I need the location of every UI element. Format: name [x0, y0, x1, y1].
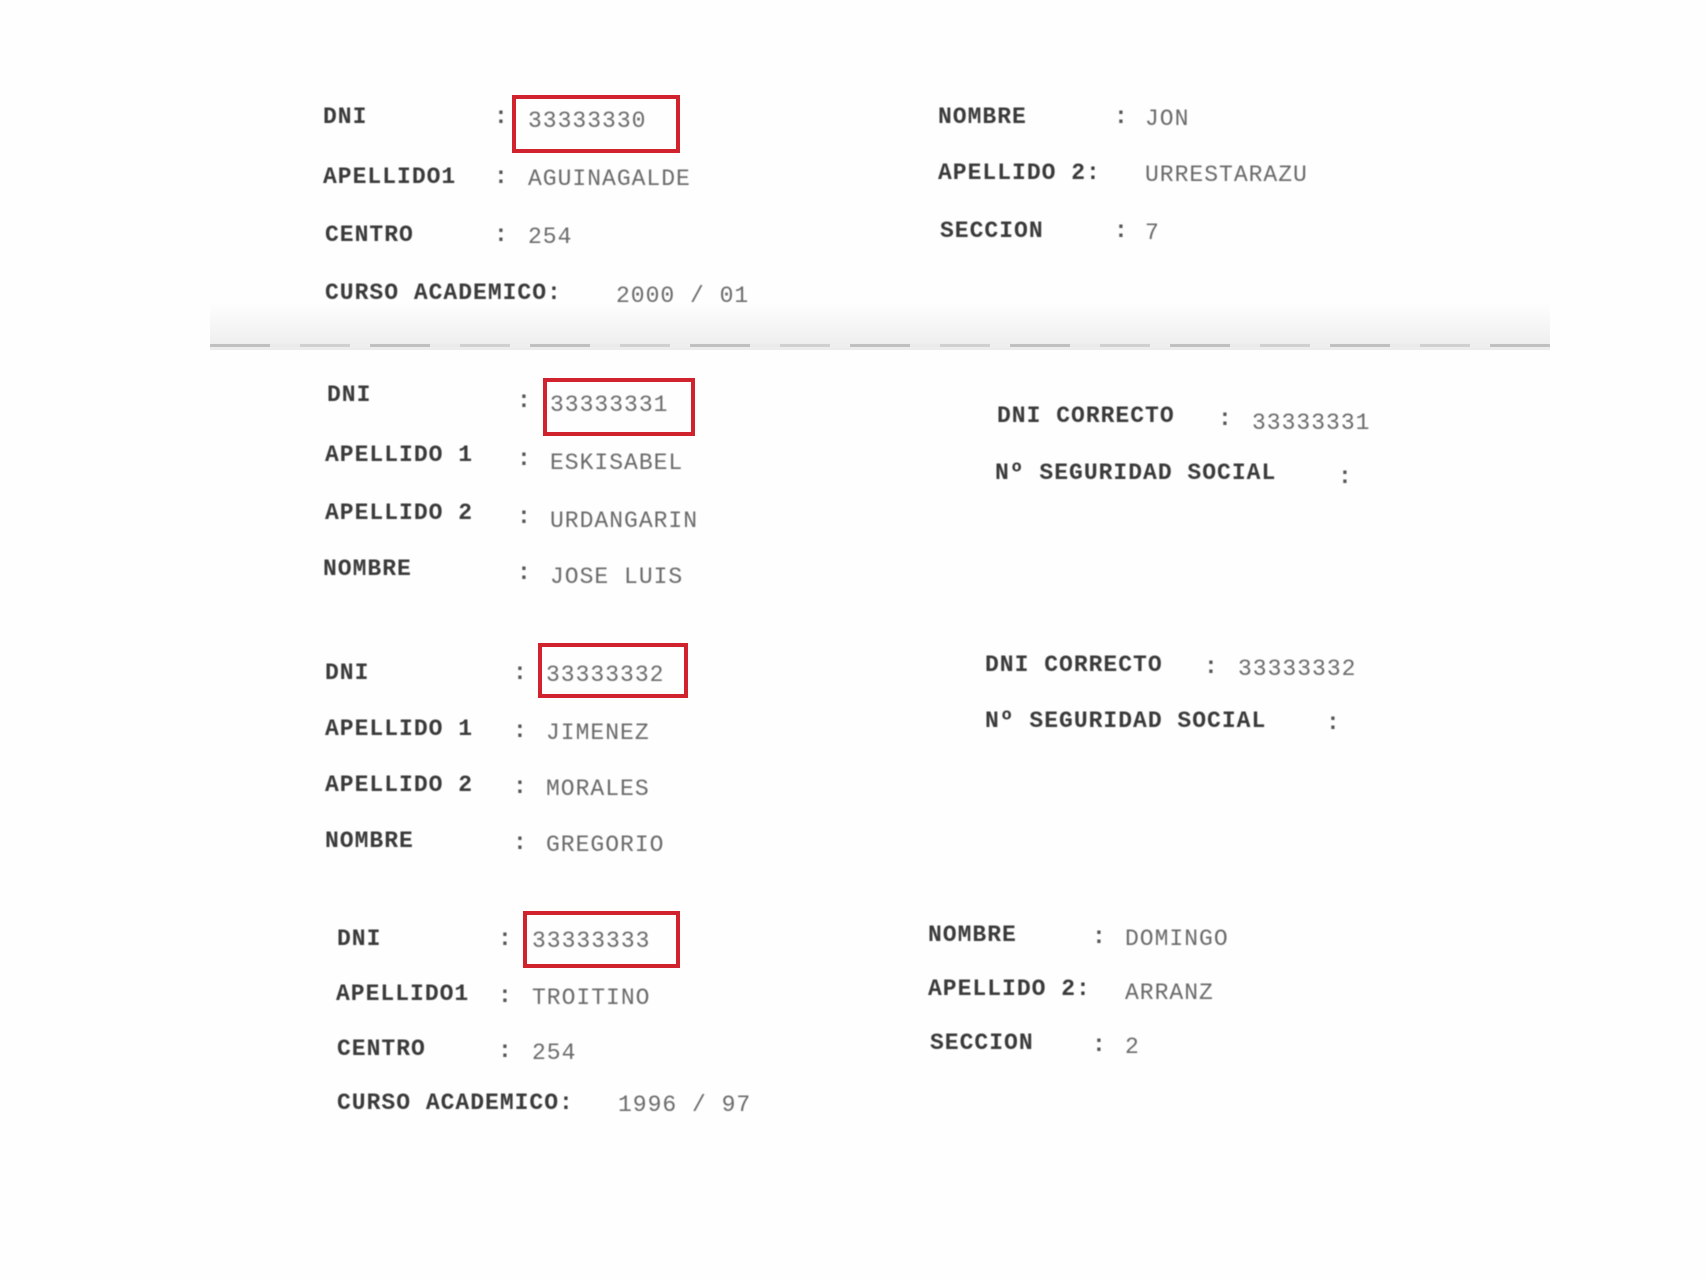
value-curso-academico: 1996 / 97 [618, 1092, 751, 1118]
label-seccion: SECCION [940, 218, 1044, 244]
label-centro: CENTRO [337, 1036, 426, 1062]
colon: : [1338, 464, 1353, 490]
colon: : [513, 830, 528, 856]
label-text: CURSO ACADEMICO [337, 1090, 559, 1116]
value-seccion: 2 [1125, 1034, 1140, 1060]
value-apellido1: AGUINAGALDE [528, 166, 691, 192]
label-dni: DNI [327, 382, 371, 408]
colon: : [517, 560, 532, 586]
colon: : [513, 718, 528, 744]
value-dni-correcto: 33333331 [1252, 410, 1370, 436]
colon: : [1114, 104, 1129, 130]
colon: : [1092, 1032, 1107, 1058]
value-apellido1: JIMENEZ [546, 720, 650, 746]
label-dni-correcto: DNI CORRECTO [985, 652, 1163, 678]
label-seccion: SECCION [930, 1030, 1034, 1056]
label-apellido1: APELLIDO1 [336, 981, 469, 1007]
label-apellido2: APELLIDO 2 [325, 500, 473, 526]
record-separator [210, 344, 1550, 347]
colon: : [498, 1038, 513, 1064]
colon: : [1326, 710, 1341, 736]
label-apellido2: APELLIDO 2 [325, 772, 473, 798]
label-apellido1: APELLIDO1 [323, 164, 456, 190]
value-apellido1: TROITINO [532, 985, 650, 1011]
label-apellido1: APELLIDO 1 [325, 442, 473, 468]
value-dni-correcto: 33333332 [1238, 656, 1356, 682]
colon: : [494, 104, 509, 130]
label-apellido2: APELLIDO 2: [928, 976, 1091, 1002]
label-dni: DNI [337, 926, 381, 952]
dni-highlight-box [512, 95, 680, 153]
label-nombre: NOMBRE [938, 104, 1027, 130]
value-centro: 254 [528, 224, 572, 250]
value-apellido2: URDANGARIN [550, 508, 698, 534]
value-nombre: JON [1145, 106, 1189, 132]
label-text: APELLIDO 2 [938, 160, 1086, 186]
value-apellido2: URRESTARAZU [1145, 162, 1308, 188]
colon: : [513, 774, 528, 800]
colon: : [498, 983, 513, 1009]
label-dni: DNI [325, 660, 369, 686]
value-nombre: GREGORIO [546, 832, 664, 858]
value-apellido2: MORALES [546, 776, 650, 802]
value-nombre: JOSE LUIS [550, 564, 683, 590]
colon: : [1114, 218, 1129, 244]
scan-shadow [210, 300, 1550, 350]
value-apellido1: ESKISABEL [550, 450, 683, 476]
dni-highlight-box [543, 378, 695, 436]
colon: : [494, 164, 509, 190]
label-text: CURSO ACADEMICO [325, 280, 547, 306]
label-apellido1: APELLIDO 1 [325, 716, 473, 742]
label-text: APELLIDO 2 [928, 976, 1076, 1002]
colon: : [1092, 924, 1107, 950]
label-seguridad-social: Nº SEGURIDAD SOCIAL [985, 708, 1266, 734]
label-seguridad-social: Nº SEGURIDAD SOCIAL [995, 460, 1276, 486]
dni-highlight-box [538, 643, 688, 698]
colon: : [494, 222, 509, 248]
label-dni-correcto: DNI CORRECTO [997, 403, 1175, 429]
colon: : [498, 926, 513, 952]
label-apellido2: APELLIDO 2: [938, 160, 1101, 186]
label-curso-academico: CURSO ACADEMICO: [337, 1090, 574, 1116]
label-nombre: NOMBRE [928, 922, 1017, 948]
value-curso-academico: 2000 / 01 [616, 283, 749, 309]
value-nombre: DOMINGO [1125, 926, 1229, 952]
label-nombre: NOMBRE [323, 556, 412, 582]
value-centro: 254 [532, 1040, 576, 1066]
value-seccion: 7 [1145, 220, 1160, 246]
label-curso-academico: CURSO ACADEMICO: [325, 280, 562, 306]
label-dni: DNI [323, 104, 367, 130]
dni-highlight-box [523, 911, 680, 968]
colon: : [513, 660, 528, 686]
colon: : [1218, 406, 1233, 432]
colon: : [517, 504, 532, 530]
colon: : [1204, 654, 1219, 680]
scanned-document: DNI : 33333330 APELLIDO1 : AGUINAGALDE C… [0, 0, 1706, 1280]
colon: : [517, 446, 532, 472]
label-centro: CENTRO [325, 222, 414, 248]
colon: : [517, 388, 532, 414]
value-apellido2: ARRANZ [1125, 980, 1214, 1006]
label-nombre: NOMBRE [325, 828, 414, 854]
